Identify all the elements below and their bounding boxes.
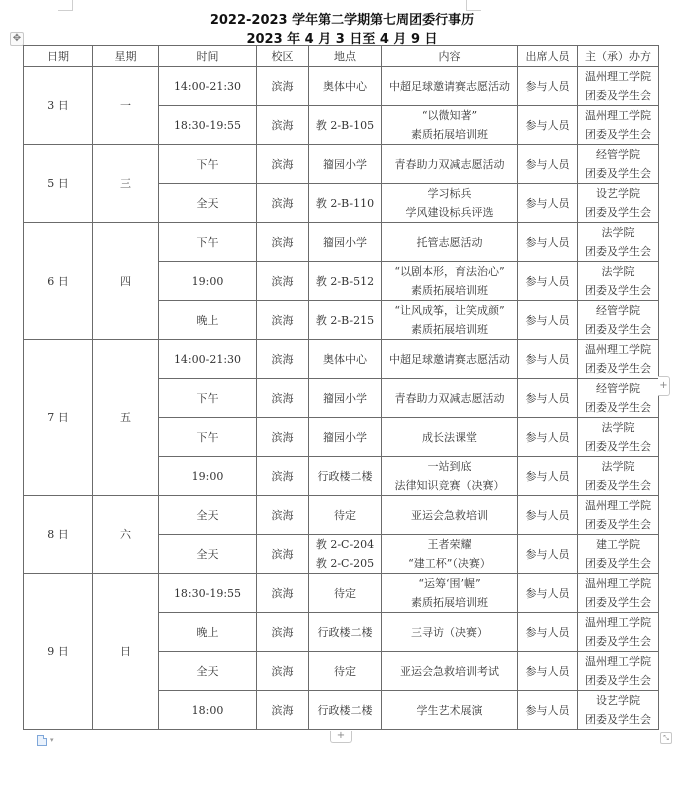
organizer-cell-line: 团委及学生会 <box>578 125 658 144</box>
campus-cell: 滨海 <box>257 457 309 496</box>
organizer-cell-line: 团委及学生会 <box>578 710 658 729</box>
organizer-cell: 温州理工学院团委及学生会 <box>578 106 659 145</box>
location-cell: 待定 <box>309 652 382 691</box>
location-cell: 行政楼二楼 <box>309 457 382 496</box>
time-cell: 下午 <box>159 223 257 262</box>
content-cell-line: “以剧本形，育法治心” <box>382 262 517 281</box>
location-cell: 教 2-C-204教 2-C-205 <box>309 535 382 574</box>
date-cell: 9 日 <box>24 574 93 730</box>
time-cell: 19:00 <box>159 262 257 301</box>
organizer-cell: 设艺学院团委及学生会 <box>578 184 659 223</box>
content-cell: 青春助力双减志愿活动 <box>382 379 518 418</box>
schedule-table: 日期 星期 时间 校区 地点 内容 出席人员 主（承）办方 3 日一14:00-… <box>23 45 659 730</box>
header-date: 日期 <box>24 46 93 67</box>
content-cell-line: 学生艺术展演 <box>382 701 517 720</box>
organizer-cell-line: 设艺学院 <box>578 691 658 710</box>
content-cell: 三寻访（决赛） <box>382 613 518 652</box>
attendees-cell: 参与人员 <box>518 457 578 496</box>
header-attendees: 出席人员 <box>518 46 578 67</box>
organizer-cell-line: 团委及学生会 <box>578 203 658 222</box>
organizer-cell: 温州理工学院团委及学生会 <box>578 652 659 691</box>
table-resize-handle-icon[interactable]: ⤡ <box>660 732 672 744</box>
table-row: 6 日四下午滨海籀园小学托管志愿活动参与人员法学院团委及学生会 <box>24 223 659 262</box>
campus-cell: 滨海 <box>257 340 309 379</box>
location-cell-line: 奥体中心 <box>309 77 381 96</box>
time-cell: 晚上 <box>159 613 257 652</box>
header-weekday: 星期 <box>93 46 159 67</box>
organizer-cell-line: 温州理工学院 <box>578 106 658 125</box>
organizer-cell-line: 温州理工学院 <box>578 67 658 86</box>
content-cell-line: 法律知识竞赛（决赛） <box>382 476 517 495</box>
location-cell: 奥体中心 <box>309 340 382 379</box>
attendees-cell: 参与人员 <box>518 262 578 301</box>
time-cell: 18:00 <box>159 691 257 730</box>
campus-cell: 滨海 <box>257 145 309 184</box>
attendees-cell: 参与人员 <box>518 379 578 418</box>
location-cell: 待定 <box>309 574 382 613</box>
document-title: 2022-2023 学年第二学期第七周团委行事历 <box>0 9 684 28</box>
organizer-cell-line: 温州理工学院 <box>578 652 658 671</box>
weekday-cell: 日 <box>93 574 159 730</box>
date-cell: 7 日 <box>24 340 93 496</box>
location-cell: 行政楼二楼 <box>309 691 382 730</box>
content-cell-line: 青春助力双减志愿活动 <box>382 155 517 174</box>
content-cell: “以剧本形，育法治心”素质拓展培训班 <box>382 262 518 301</box>
location-cell: 籀园小学 <box>309 145 382 184</box>
location-cell-line: 待定 <box>309 506 381 525</box>
campus-cell: 滨海 <box>257 691 309 730</box>
header-time: 时间 <box>159 46 257 67</box>
add-column-button[interactable]: + <box>658 376 670 396</box>
location-cell: 教 2-B-215 <box>309 301 382 340</box>
content-cell-line: 青春助力双减志愿活动 <box>382 389 517 408</box>
organizer-cell-line: 团委及学生会 <box>578 632 658 651</box>
header-organizer: 主（承）办方 <box>578 46 659 67</box>
organizer-cell: 温州理工学院团委及学生会 <box>578 574 659 613</box>
organizer-cell: 设艺学院团委及学生会 <box>578 691 659 730</box>
organizer-cell: 经管学院团委及学生会 <box>578 379 659 418</box>
location-cell: 奥体中心 <box>309 67 382 106</box>
campus-cell: 滨海 <box>257 379 309 418</box>
organizer-cell-line: 温州理工学院 <box>578 340 658 359</box>
attendees-cell: 参与人员 <box>518 418 578 457</box>
campus-cell: 滨海 <box>257 535 309 574</box>
time-cell: 下午 <box>159 145 257 184</box>
organizer-cell-line: 团委及学生会 <box>578 86 658 105</box>
location-cell: 教 2-B-110 <box>309 184 382 223</box>
content-cell: 成长法课堂 <box>382 418 518 457</box>
weekday-cell: 三 <box>93 145 159 223</box>
content-cell: 亚运会急救培训考试 <box>382 652 518 691</box>
organizer-cell-line: 团委及学生会 <box>578 671 658 690</box>
add-row-button[interactable]: + <box>330 731 352 743</box>
content-cell-line: 成长法课堂 <box>382 428 517 447</box>
organizer-cell-line: 法学院 <box>578 418 658 437</box>
document-icon[interactable] <box>37 735 47 746</box>
content-cell-line: 素质拓展培训班 <box>382 320 517 339</box>
time-cell: 全天 <box>159 535 257 574</box>
content-cell: 一站到底法律知识竞赛（决赛） <box>382 457 518 496</box>
content-cell-line: “让风成筝，让笑成颜” <box>382 301 517 320</box>
time-cell: 下午 <box>159 418 257 457</box>
organizer-cell-line: 团委及学生会 <box>578 281 658 300</box>
content-cell: 亚运会急救培训 <box>382 496 518 535</box>
organizer-cell-line: 经管学院 <box>578 379 658 398</box>
content-cell: 青春助力双减志愿活动 <box>382 145 518 184</box>
location-cell-line: 教 2-B-215 <box>309 311 381 330</box>
campus-cell: 滨海 <box>257 652 309 691</box>
date-cell: 3 日 <box>24 67 93 145</box>
organizer-cell-line: 团委及学生会 <box>578 242 658 261</box>
organizer-cell: 温州理工学院团委及学生会 <box>578 613 659 652</box>
content-cell: “运筹‘围’幄”素质拓展培训班 <box>382 574 518 613</box>
table-header-row: 日期 星期 时间 校区 地点 内容 出席人员 主（承）办方 <box>24 46 659 67</box>
campus-cell: 滨海 <box>257 223 309 262</box>
content-cell: “让风成筝，让笑成颜”素质拓展培训班 <box>382 301 518 340</box>
location-cell: 籀园小学 <box>309 223 382 262</box>
time-cell: 下午 <box>159 379 257 418</box>
time-cell: 14:00-21:30 <box>159 67 257 106</box>
organizer-cell: 温州理工学院团委及学生会 <box>578 67 659 106</box>
time-cell: 14:00-21:30 <box>159 340 257 379</box>
organizer-cell-line: 温州理工学院 <box>578 613 658 632</box>
organizer-cell: 温州理工学院团委及学生会 <box>578 496 659 535</box>
table-row: 7 日五14:00-21:30滨海奥体中心中超足球邀请赛志愿活动参与人员温州理工… <box>24 340 659 379</box>
header-content: 内容 <box>382 46 518 67</box>
organizer-cell: 法学院团委及学生会 <box>578 223 659 262</box>
organizer-cell-line: 团委及学生会 <box>578 515 658 534</box>
location-cell-line: 籀园小学 <box>309 233 381 252</box>
date-cell: 6 日 <box>24 223 93 340</box>
campus-cell: 滨海 <box>257 418 309 457</box>
attendees-cell: 参与人员 <box>518 613 578 652</box>
location-cell-line: 教 2-B-110 <box>309 194 381 213</box>
attendees-cell: 参与人员 <box>518 574 578 613</box>
time-cell: 19:00 <box>159 457 257 496</box>
content-cell-line: 亚运会急救培训 <box>382 506 517 525</box>
location-cell-line: 籀园小学 <box>309 155 381 174</box>
location-cell-line: 籀园小学 <box>309 428 381 447</box>
content-cell-line: “建工杯”（决赛） <box>382 554 517 573</box>
organizer-cell-line: 法学院 <box>578 262 658 281</box>
attendees-cell: 参与人员 <box>518 223 578 262</box>
table-move-handle-icon[interactable]: ✥ <box>10 32 24 46</box>
organizer-cell-line: 团委及学生会 <box>578 398 658 417</box>
header-location: 地点 <box>309 46 382 67</box>
location-cell: 待定 <box>309 496 382 535</box>
content-cell-line: 素质拓展培训班 <box>382 281 517 300</box>
content-cell-line: “运筹‘围’幄” <box>382 574 517 593</box>
organizer-cell-line: 团委及学生会 <box>578 476 658 495</box>
location-cell-line: 行政楼二楼 <box>309 623 381 642</box>
content-cell-line: 素质拓展培训班 <box>382 593 517 612</box>
organizer-cell-line: 法学院 <box>578 457 658 476</box>
campus-cell: 滨海 <box>257 613 309 652</box>
location-cell-line: 待定 <box>309 584 381 603</box>
content-cell-line: 一站到底 <box>382 457 517 476</box>
time-cell: 全天 <box>159 652 257 691</box>
organizer-cell-line: 经管学院 <box>578 301 658 320</box>
organizer-cell-line: 经管学院 <box>578 145 658 164</box>
table-row: 8 日六全天滨海待定亚运会急救培训参与人员温州理工学院团委及学生会 <box>24 496 659 535</box>
date-cell: 8 日 <box>24 496 93 574</box>
organizer-cell-line: 温州理工学院 <box>578 496 658 515</box>
weekday-cell: 四 <box>93 223 159 340</box>
time-cell: 晚上 <box>159 301 257 340</box>
organizer-cell-line: 团委及学生会 <box>578 320 658 339</box>
campus-cell: 滨海 <box>257 184 309 223</box>
content-cell-line: 学习标兵 <box>382 184 517 203</box>
location-cell-line: 籀园小学 <box>309 389 381 408</box>
time-cell: 全天 <box>159 184 257 223</box>
chevron-down-icon[interactable]: ▾ <box>50 736 54 744</box>
organizer-cell: 经管学院团委及学生会 <box>578 301 659 340</box>
content-cell: 学习标兵学风建设标兵评选 <box>382 184 518 223</box>
attendees-cell: 参与人员 <box>518 340 578 379</box>
table-row: 9 日日18:30-19:55滨海待定“运筹‘围’幄”素质拓展培训班参与人员温州… <box>24 574 659 613</box>
header-campus: 校区 <box>257 46 309 67</box>
attendees-cell: 参与人员 <box>518 67 578 106</box>
organizer-cell-line: 团委及学生会 <box>578 437 658 456</box>
content-cell: 中超足球邀请赛志愿活动 <box>382 340 518 379</box>
organizer-cell: 法学院团委及学生会 <box>578 262 659 301</box>
content-cell-line: 托管志愿活动 <box>382 233 517 252</box>
campus-cell: 滨海 <box>257 574 309 613</box>
weekday-cell: 五 <box>93 340 159 496</box>
location-cell: 籀园小学 <box>309 379 382 418</box>
organizer-cell: 法学院团委及学生会 <box>578 418 659 457</box>
content-cell-line: “以微知著” <box>382 106 517 125</box>
time-cell: 全天 <box>159 496 257 535</box>
location-cell: 行政楼二楼 <box>309 613 382 652</box>
campus-cell: 滨海 <box>257 301 309 340</box>
organizer-cell: 法学院团委及学生会 <box>578 457 659 496</box>
content-cell-line: 三寻访（决赛） <box>382 623 517 642</box>
location-cell-line: 待定 <box>309 662 381 681</box>
table-row: 5 日三下午滨海籀园小学青春助力双减志愿活动参与人员经管学院团委及学生会 <box>24 145 659 184</box>
content-cell: 王者荣耀“建工杯”（决赛） <box>382 535 518 574</box>
location-cell-line: 行政楼二楼 <box>309 467 381 486</box>
location-cell: 籀园小学 <box>309 418 382 457</box>
time-cell: 18:30-19:55 <box>159 574 257 613</box>
content-cell-line: 中超足球邀请赛志愿活动 <box>382 350 517 369</box>
table-row: 3 日一14:00-21:30滨海奥体中心中超足球邀请赛志愿活动参与人员温州理工… <box>24 67 659 106</box>
location-cell: 教 2-B-105 <box>309 106 382 145</box>
attendees-cell: 参与人员 <box>518 535 578 574</box>
campus-cell: 滨海 <box>257 67 309 106</box>
location-cell-line: 奥体中心 <box>309 350 381 369</box>
location-cell-line: 教 2-C-205 <box>309 554 381 573</box>
content-cell: 学生艺术展演 <box>382 691 518 730</box>
content-cell-line: 中超足球邀请赛志愿活动 <box>382 77 517 96</box>
location-cell-line: 教 2-B-512 <box>309 272 381 291</box>
organizer-cell-line: 团委及学生会 <box>578 593 658 612</box>
location-cell-line: 教 2-B-105 <box>309 116 381 135</box>
attendees-cell: 参与人员 <box>518 106 578 145</box>
location-cell-line: 行政楼二楼 <box>309 701 381 720</box>
organizer-cell: 经管学院团委及学生会 <box>578 145 659 184</box>
organizer-cell: 温州理工学院团委及学生会 <box>578 340 659 379</box>
attendees-cell: 参与人员 <box>518 652 578 691</box>
attendees-cell: 参与人员 <box>518 691 578 730</box>
organizer-cell-line: 温州理工学院 <box>578 574 658 593</box>
attendees-cell: 参与人员 <box>518 184 578 223</box>
organizer-cell-line: 法学院 <box>578 223 658 242</box>
attendees-cell: 参与人员 <box>518 496 578 535</box>
location-cell: 教 2-B-512 <box>309 262 382 301</box>
campus-cell: 滨海 <box>257 496 309 535</box>
content-cell-line: 素质拓展培训班 <box>382 125 517 144</box>
weekday-cell: 一 <box>93 67 159 145</box>
content-cell: “以微知著”素质拓展培训班 <box>382 106 518 145</box>
weekday-cell: 六 <box>93 496 159 574</box>
attendees-cell: 参与人员 <box>518 145 578 184</box>
organizer-cell-line: 团委及学生会 <box>578 164 658 183</box>
location-cell-line: 教 2-C-204 <box>309 535 381 554</box>
attendees-cell: 参与人员 <box>518 301 578 340</box>
organizer-cell-line: 建工学院 <box>578 535 658 554</box>
organizer-cell-line: 团委及学生会 <box>578 554 658 573</box>
content-cell-line: 王者荣耀 <box>382 535 517 554</box>
time-cell: 18:30-19:55 <box>159 106 257 145</box>
date-cell: 5 日 <box>24 145 93 223</box>
campus-cell: 滨海 <box>257 106 309 145</box>
content-cell-line: 亚运会急救培训考试 <box>382 662 517 681</box>
organizer-cell-line: 团委及学生会 <box>578 359 658 378</box>
content-cell: 托管志愿活动 <box>382 223 518 262</box>
organizer-cell-line: 设艺学院 <box>578 184 658 203</box>
organizer-cell: 建工学院团委及学生会 <box>578 535 659 574</box>
content-cell: 中超足球邀请赛志愿活动 <box>382 67 518 106</box>
content-cell-line: 学风建设标兵评选 <box>382 203 517 222</box>
campus-cell: 滨海 <box>257 262 309 301</box>
